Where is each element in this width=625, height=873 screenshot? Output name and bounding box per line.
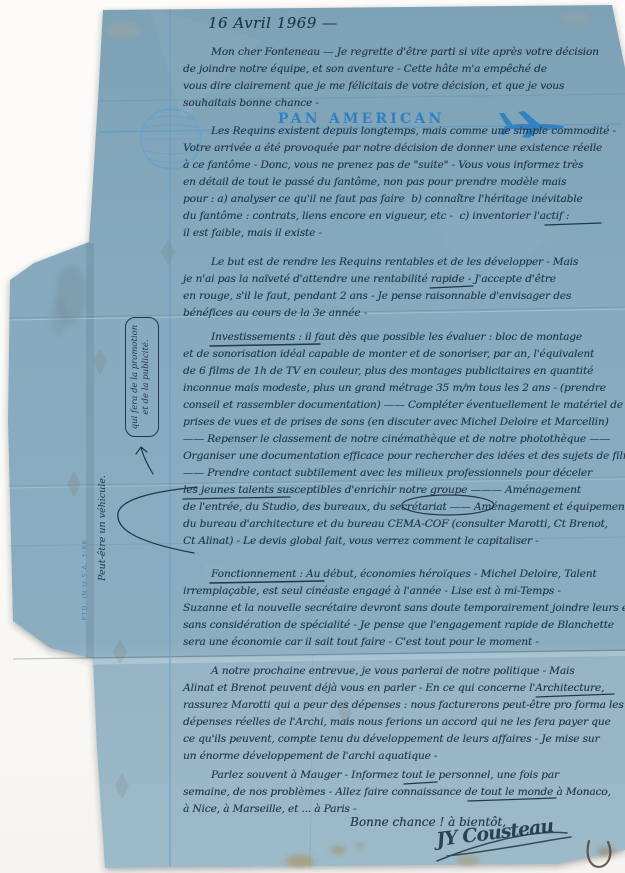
letter-line: inconnue mais modeste, plus un grand mét… xyxy=(183,380,625,397)
letter-paragraph: Investissements : il faut dès que possib… xyxy=(183,329,625,550)
letter-paragraph: Fonctionnement : Au début, économies hér… xyxy=(183,566,625,651)
letter-line: en détail de tout le passé du fantôme, n… xyxy=(183,174,616,191)
letter-line: —— Repenser le classement de notre ciném… xyxy=(183,431,625,448)
letter-line: Mon cher Fonteneau — Je regrette d'être … xyxy=(183,44,599,61)
letter-paragraph: Les Requins existent depuis longtemps, m… xyxy=(183,123,616,242)
letter-line: —— Prendre contact subtilement avec les … xyxy=(183,465,625,482)
letter-line: semaine, de nos problèmes - Allez faire … xyxy=(183,784,611,801)
print-code: PTD. IN U.S.A. 3-66 xyxy=(81,541,92,621)
letter-paragraph: A notre prochaine entrevue, je vous parl… xyxy=(183,663,624,765)
letter-line: du bureau d'architecture et du bureau CE… xyxy=(183,516,625,533)
letter-line: conseil et rassembler documentation) —— … xyxy=(183,397,625,414)
margin-note-promotion: qui fera de la promotionet de la publici… xyxy=(125,317,159,437)
letter-line: A notre prochaine entrevue, je vous parl… xyxy=(183,663,624,680)
letter-line: sans considération de spécialité - Je pe… xyxy=(183,617,625,634)
letter-line: les jeunes talents susceptibles d'enrich… xyxy=(183,482,625,499)
letter-line: je n'ai pas la naïveté d'attendre une re… xyxy=(183,271,578,288)
margin-note-vehicle: Peut-être un véhicule. xyxy=(97,453,111,603)
letter-line: prises de vues et de prises de sons (en … xyxy=(183,414,625,431)
letter-paragraph: Le but est de rendre les Requins rentabl… xyxy=(183,254,578,322)
letter-line: souhaitais bonne chance - xyxy=(183,95,599,112)
letter-line: et de la publicité. xyxy=(141,322,152,432)
letter-line: il est faible, mais il existe - xyxy=(183,225,616,242)
letter-line: dépenses réelles de l'Archi, mais nous f… xyxy=(183,714,624,731)
letter-date: 16 Avril 1969 — xyxy=(208,14,338,32)
letter-line: Organiser une documentation efficace pou… xyxy=(183,448,625,465)
letter-paragraph: Parlez souvent à Mauger - Informez tout … xyxy=(183,767,611,818)
scanned-letter: PAN AMERICAN PTD. IN U.S.A. 3-66 16 Avri… xyxy=(0,0,625,873)
letter-line: du fantôme : contrats, liens encore en v… xyxy=(183,208,616,225)
letter-line: vous dire clairement que je me félicitai… xyxy=(183,78,599,95)
letter-line: Le but est de rendre les Requins rentabl… xyxy=(183,254,578,271)
letter-line: irremplaçable, est seul cinéaste engagé … xyxy=(183,583,625,600)
letter-line: bénéfices au cours de la 3e année - xyxy=(183,305,578,322)
letter-paragraph: Mon cher Fonteneau — Je regrette d'être … xyxy=(183,44,599,112)
letter-line: sera une économie car il sait tout faire… xyxy=(183,634,625,651)
letter-line: Investissements : il faut dès que possib… xyxy=(183,329,625,346)
letter-line: Fonctionnement : Au début, économies hér… xyxy=(183,566,625,583)
letter-line: Suzanne et la nouvelle secrétaire devron… xyxy=(183,600,625,617)
letter-line: Ct Alinat) - Le devis global fait, vous … xyxy=(183,533,625,550)
letter-line: en rouge, s'il le faut, pendant 2 ans - … xyxy=(183,288,578,305)
letter-line: rassurez Marotti qui a peur des dépenses… xyxy=(183,697,624,714)
letter-line: Alinat et Brenot peuvent déjà vous en pa… xyxy=(183,680,624,697)
letter-line: Les Requins existent depuis longtemps, m… xyxy=(183,123,616,140)
letter-line: Votre arrivée a été provoquée par notre … xyxy=(183,140,616,157)
letter-line: qui fera de la promotion xyxy=(130,322,141,432)
letter-line: de joindre notre équipe, et son aventure… xyxy=(183,61,599,78)
pencil-smudge xyxy=(50,300,68,336)
letter-line: ce qu'ils peuvent, compte tenu du dévelo… xyxy=(183,731,624,748)
letter-line: Parlez souvent à Mauger - Informez tout … xyxy=(183,767,611,784)
letter-line: de l'entrée, du Studio, des bureaux, du … xyxy=(183,499,625,516)
letter-line: un énorme développement de l'archi aquat… xyxy=(183,748,624,765)
letter-line: et de sonorisation idéal capable de mont… xyxy=(183,346,625,363)
letter-line: pour : a) analyser ce qu'il ne faut pas … xyxy=(183,191,616,208)
letter-line: à ce fantôme - Donc, vous ne prenez pas … xyxy=(183,157,616,174)
letter-line: de 6 films de 1h de TV en couleur, plus … xyxy=(183,363,625,380)
